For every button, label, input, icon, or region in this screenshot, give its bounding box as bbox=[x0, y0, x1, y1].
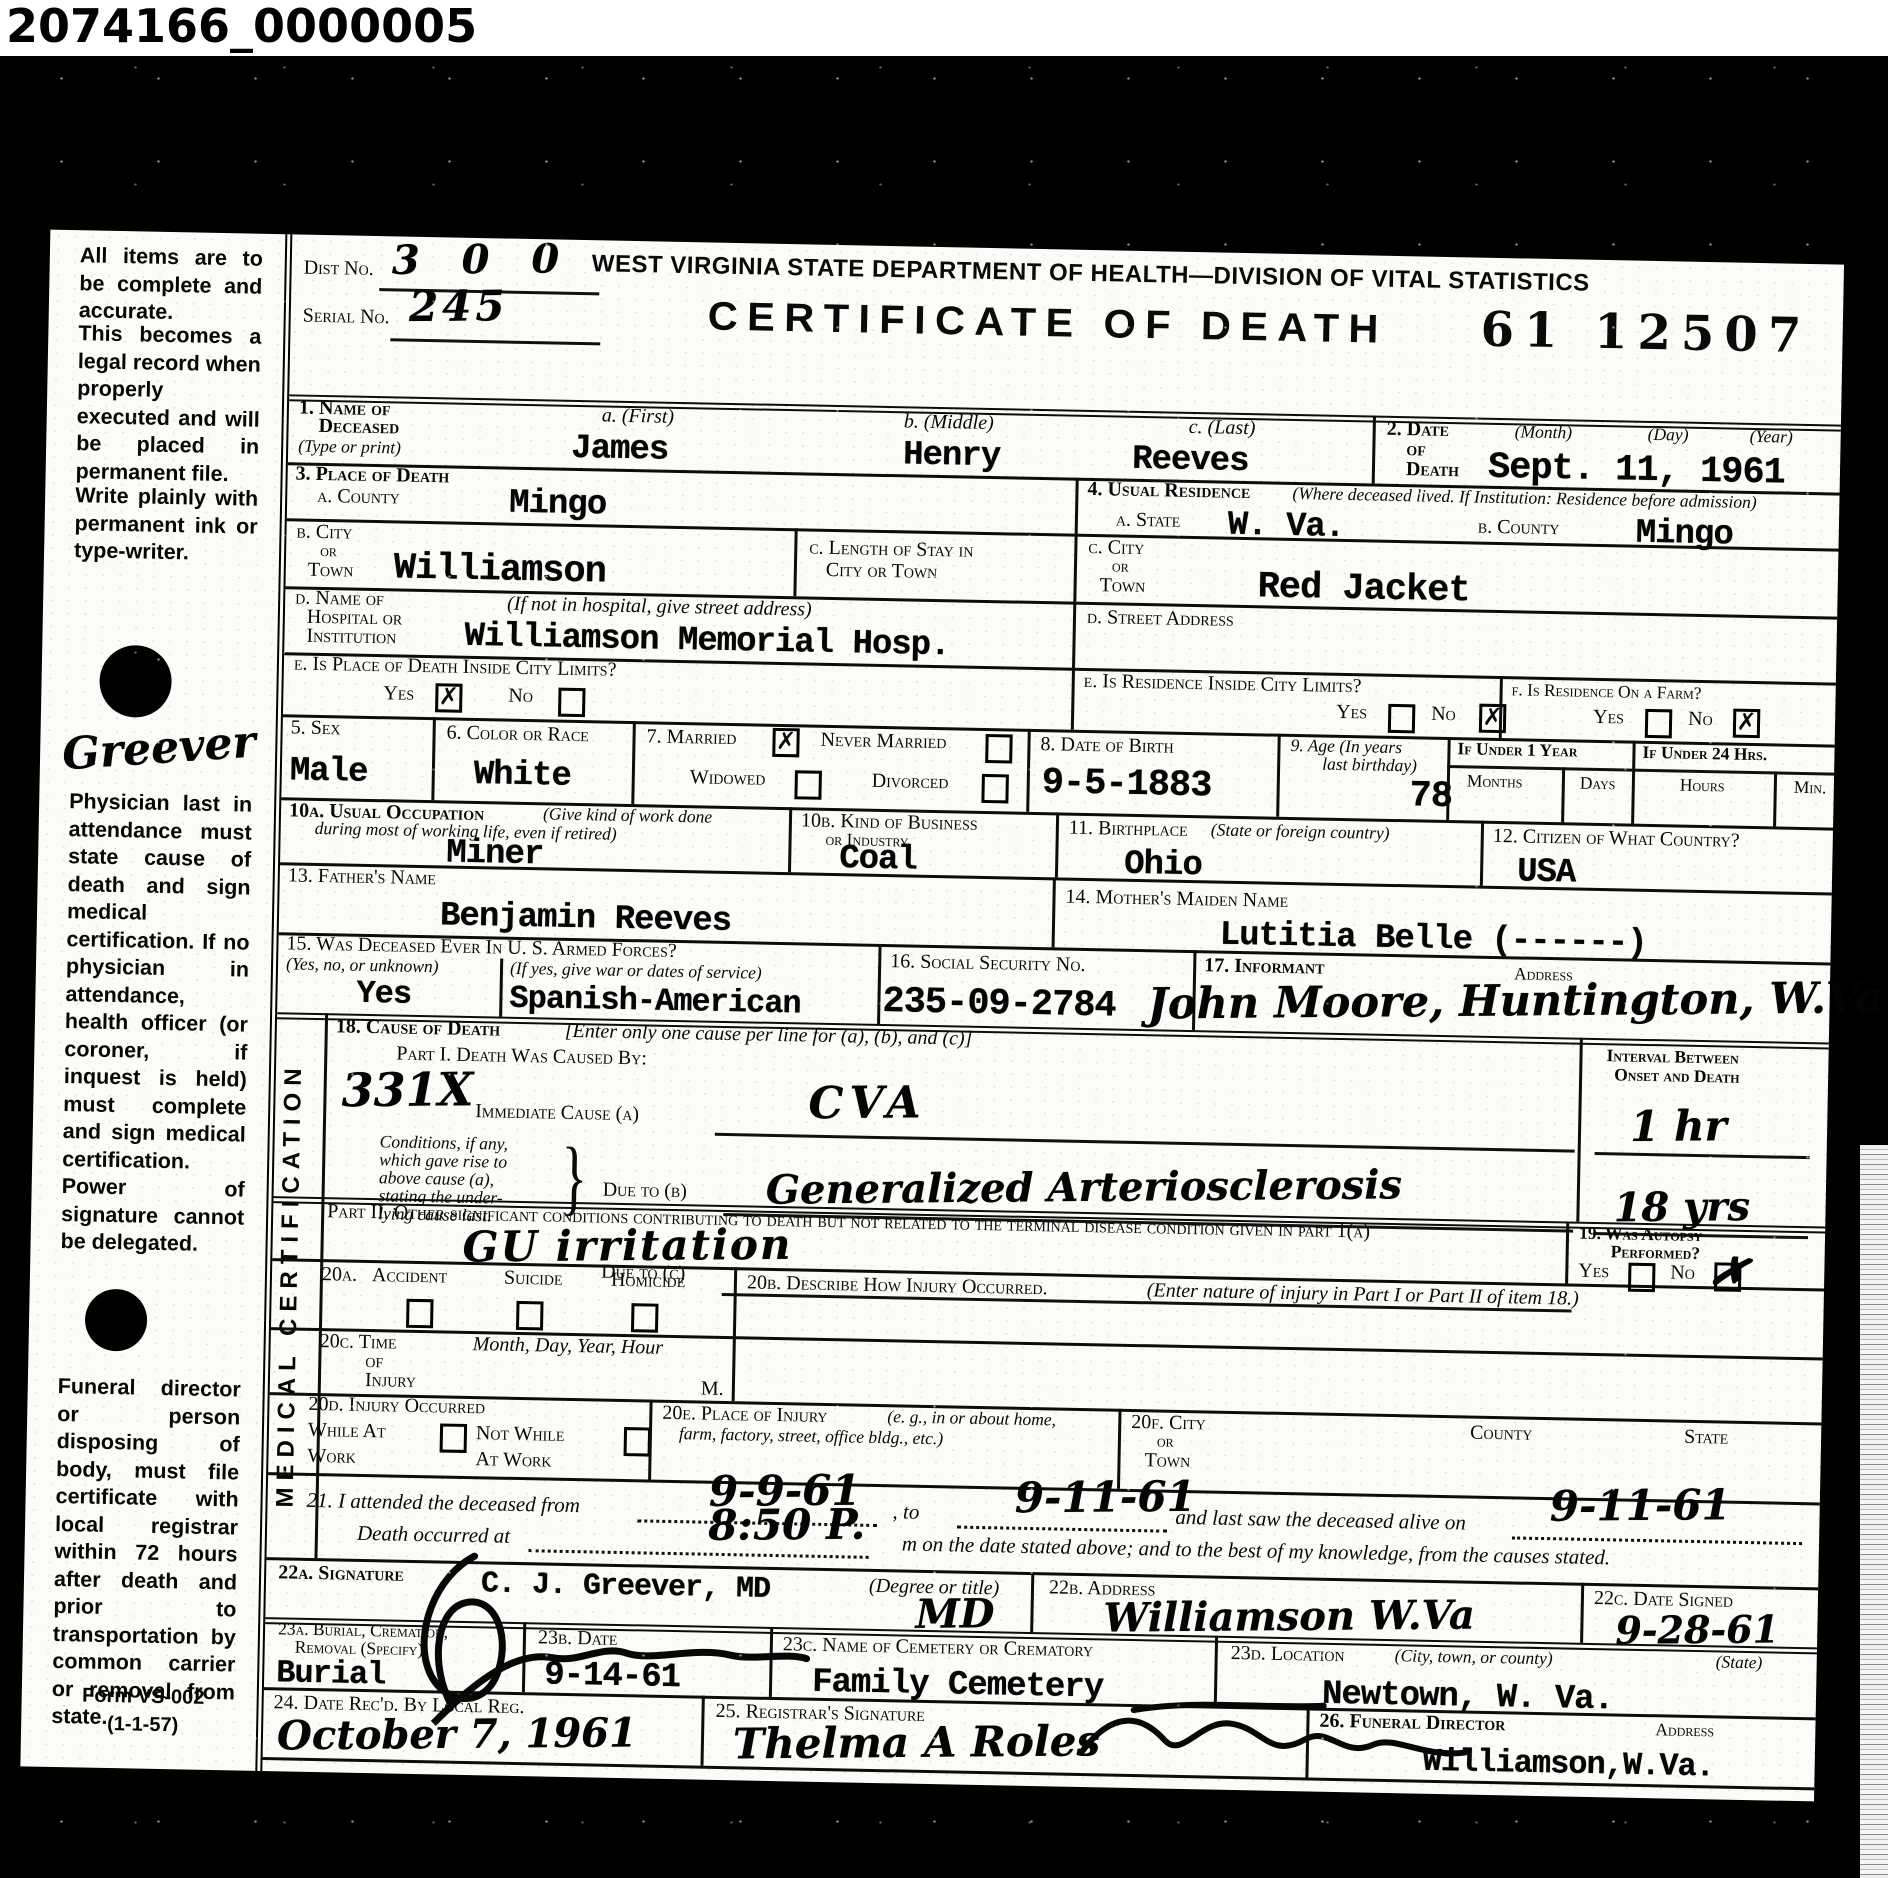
war-value: Spanish-American bbox=[509, 983, 801, 1021]
punch-hole-top bbox=[99, 645, 172, 718]
race-value: White bbox=[473, 758, 571, 794]
death-limits-yes-label: Yes bbox=[383, 682, 414, 705]
informant-value: John Moore, Huntington, W.Va bbox=[1147, 977, 1883, 1026]
residence-city-label-3: Town bbox=[1099, 574, 1145, 597]
punch-hole-bottom bbox=[84, 1289, 147, 1352]
funeral-director-address-label: Address bbox=[1655, 1720, 1714, 1741]
injury-county-label: County bbox=[1470, 1422, 1533, 1446]
checkbox-accident bbox=[406, 1299, 434, 1329]
due-to-b-value: Generalized Arteriosclerosis bbox=[766, 1165, 1402, 1210]
middle-name-value: Henry bbox=[903, 438, 1001, 474]
time-injury-label-3: Injury bbox=[365, 1369, 416, 1392]
degree-value: MD bbox=[915, 1594, 994, 1635]
checkbox-farm-no: ✗ bbox=[1733, 709, 1761, 739]
residence-city-label-2: or bbox=[1112, 556, 1129, 576]
residence-farm-label: f. Is Residence On a Farm? bbox=[1511, 680, 1701, 703]
death-time-value: 8:50 P. bbox=[708, 1504, 865, 1547]
describe-injury-label: 20b. Describe How Injury Occurred. bbox=[747, 1271, 1048, 1299]
citizen-value: USA bbox=[1517, 855, 1576, 890]
checkbox-farm-yes bbox=[1645, 709, 1673, 739]
place-of-injury-note-1: (e. g., in or about home, bbox=[887, 1407, 1056, 1430]
margin-note-1: All items are to be complete and accurat… bbox=[79, 242, 264, 328]
time-injury-m: M. bbox=[701, 1378, 724, 1401]
attended-to-value: 9-11-61 bbox=[1015, 1476, 1196, 1520]
date-of-birth-label: 8. Date of Birth bbox=[1040, 733, 1174, 758]
serial-no-label: Serial No. bbox=[303, 305, 390, 329]
never-married-label: Never Married bbox=[820, 729, 946, 754]
interval-label-2: Onset and Death bbox=[1614, 1065, 1740, 1087]
cemetery-label: 23c. Name of Cemetery or Crematory bbox=[783, 1633, 1094, 1661]
death-certificate-paper: All items are to be complete and accurat… bbox=[20, 230, 1844, 1802]
street-address-label: d. Street Address bbox=[1087, 606, 1234, 631]
checkbox-never-married bbox=[985, 734, 1013, 764]
under-1-year-title: If Under 1 Year bbox=[1457, 739, 1577, 761]
checkbox-while-at-work bbox=[440, 1423, 468, 1453]
checkbox-death-limits-no bbox=[558, 688, 586, 718]
race-label: 6. Color or Race bbox=[446, 721, 589, 746]
immediate-cause-label: Immediate Cause (a) bbox=[475, 1100, 639, 1126]
document-id-label: 2074166_0000005 bbox=[6, 0, 477, 52]
autopsy-yes-label: Yes bbox=[1578, 1260, 1609, 1283]
residence-city-value: Red Jacket bbox=[1257, 569, 1470, 610]
death-occurred-text-2: m on the date stated above; and to the b… bbox=[902, 1533, 1611, 1570]
homicide-label: Homicide bbox=[611, 1269, 686, 1293]
margin-physician-signature: Greever bbox=[61, 720, 257, 777]
armed-forces-note-1: (Yes, no, or unknown) bbox=[286, 954, 439, 977]
checkbox-not-while-at-work bbox=[624, 1427, 652, 1457]
residence-city-limits-label: e. Is Residence Inside City Limits? bbox=[1084, 670, 1362, 698]
checkbox-married: ✗ bbox=[772, 728, 800, 758]
injury-occurred-label: 20d. Injury Occurred bbox=[308, 1393, 485, 1419]
certificate-title: CERTIFICATE OF DEATH bbox=[707, 294, 1388, 352]
divorced-label: Divorced bbox=[872, 770, 949, 794]
at-work-label: At Work bbox=[475, 1448, 552, 1472]
checkbox-homicide bbox=[631, 1303, 659, 1333]
first-name-label: a. (First) bbox=[602, 404, 675, 428]
attended-text-3: and last saw the deceased alive on bbox=[1175, 1506, 1466, 1535]
accident-label: Accident bbox=[372, 1264, 448, 1288]
margin-note-5: Funeral director or person disposing of … bbox=[51, 1373, 241, 1734]
signature-label: 22a. Signature bbox=[278, 1561, 404, 1586]
ssn-label: 16. Social Security No. bbox=[890, 950, 1086, 976]
dist-no-label: Dist No. bbox=[303, 257, 373, 281]
usual-residence-title: 4. Usual Residence bbox=[1087, 478, 1250, 504]
birthplace-note: (State or foreign country) bbox=[1211, 820, 1390, 843]
married-label: 7. Married bbox=[646, 725, 736, 749]
citizen-label: 12. Citizen of What Country? bbox=[1493, 825, 1740, 852]
farm-yes-label: Yes bbox=[1593, 706, 1624, 729]
sex-value: Male bbox=[290, 754, 368, 790]
describe-injury-note: (Enter nature of injury in Part I or Par… bbox=[1147, 1279, 1579, 1310]
while-at-label: While At bbox=[308, 1419, 386, 1443]
injury-city-label-2: or bbox=[1157, 1431, 1174, 1451]
location-note: (City, town, or county) bbox=[1395, 1646, 1553, 1669]
attended-text-2: , to bbox=[892, 1500, 919, 1524]
due-to-b-label: Due to (b) bbox=[603, 1179, 688, 1203]
field1-label-3: (Type or print) bbox=[298, 437, 401, 459]
checkbox-residence-limits-yes bbox=[1388, 704, 1416, 734]
last-alive-value: 9-11-61 bbox=[1550, 1484, 1731, 1528]
form-number: Form VS-002 bbox=[51, 1682, 235, 1713]
first-name-value: James bbox=[571, 432, 669, 468]
form-revision: (1-1-57) bbox=[51, 1710, 235, 1741]
margin-note-4: Physician last in attendance must state … bbox=[60, 788, 252, 1259]
city-label-3: Town bbox=[308, 559, 354, 582]
last-name-value: Reeves bbox=[1132, 443, 1249, 479]
farm-no-label: No bbox=[1688, 708, 1713, 731]
not-while-label: Not While bbox=[476, 1422, 565, 1446]
field20a-number: 20a. bbox=[322, 1263, 358, 1286]
cause-of-death-label: 18. Cause of Death bbox=[336, 1015, 501, 1041]
middle-name-label: b. (Middle) bbox=[904, 410, 994, 434]
length-of-stay-label-2: City or Town bbox=[826, 559, 938, 584]
mother-name-label: 14. Mother's Maiden Name bbox=[1065, 886, 1288, 913]
county-label: a. County bbox=[317, 485, 400, 509]
business-value: Coal bbox=[839, 842, 917, 878]
checkbox-divorced bbox=[981, 774, 1009, 804]
physician-signature-scrawl bbox=[393, 1537, 817, 1735]
checkbox-death-limits-yes: ✗ bbox=[435, 683, 463, 713]
time-injury-label-1: 20c. Time bbox=[319, 1330, 396, 1354]
hospital-note: (If not in hospital, give street address… bbox=[507, 593, 812, 621]
autopsy-label-2: Performed? bbox=[1611, 1242, 1701, 1263]
margin-note-2: This becomes a legal record when properl… bbox=[75, 320, 261, 489]
dist-no-value: 3 0 0 bbox=[392, 239, 574, 281]
injury-city-label-3: Town bbox=[1144, 1449, 1190, 1472]
residence-limits-no-label: No bbox=[1431, 703, 1456, 726]
widowed-label: Widowed bbox=[690, 766, 766, 790]
attended-text-1: 21. I attended the deceased from bbox=[306, 1489, 580, 1518]
serial-no-value: 245 bbox=[409, 285, 509, 328]
location-state-note: (State) bbox=[1716, 1652, 1763, 1673]
under-24-hrs-title: If Under 24 Hrs. bbox=[1642, 743, 1767, 765]
autopsy-no-label: No bbox=[1670, 1261, 1695, 1284]
work-label: Work bbox=[307, 1445, 356, 1468]
scan-top-strip: 2074166_0000005 bbox=[0, 0, 1888, 56]
months-label: Months bbox=[1467, 771, 1523, 792]
margin-note-3: Write plainly with permanent ink or type… bbox=[74, 482, 259, 568]
location-label: 23d. Location bbox=[1231, 1642, 1345, 1667]
armed-forces-value: Yes bbox=[356, 978, 411, 1011]
field2-label-3: Death bbox=[1406, 458, 1460, 481]
city-label-2: or bbox=[320, 541, 337, 561]
injury-state-label: State bbox=[1684, 1426, 1729, 1449]
sex-label: 5. Sex bbox=[290, 716, 340, 739]
birthplace-label: 11. Birthplace bbox=[1069, 817, 1188, 842]
funeral-director-signature-scrawl bbox=[1072, 1695, 1473, 1783]
county-value: Mingo bbox=[509, 487, 607, 523]
immediate-cause-value: CVA bbox=[808, 1081, 926, 1126]
days-label: Days bbox=[1580, 774, 1616, 794]
death-limits-no-label: No bbox=[508, 685, 533, 708]
month-label: (Month) bbox=[1515, 422, 1573, 443]
suicide-label: Suicide bbox=[504, 1267, 563, 1291]
time-injury-note: Month, Day, Year, Hour bbox=[472, 1333, 663, 1359]
age-label-2: last birthday) bbox=[1322, 755, 1417, 776]
informant-label: 17. Informant bbox=[1204, 954, 1325, 979]
last-name-label: c. (Last) bbox=[1189, 416, 1256, 440]
cause-code-value: 331X bbox=[341, 1066, 473, 1113]
checkbox-suicide bbox=[516, 1301, 544, 1331]
min-label: Min. bbox=[1794, 778, 1827, 798]
scan-edge-artifact bbox=[1860, 1145, 1888, 1878]
birthplace-value: Ohio bbox=[1124, 848, 1202, 884]
residence-limits-yes-label: Yes bbox=[1336, 701, 1367, 724]
physician-address-value: Williamson W.Va bbox=[1103, 1596, 1475, 1639]
date-of-birth-value: 9-5-1883 bbox=[1041, 765, 1211, 805]
department-title: WEST VIRGINIA STATE DEPARTMENT OF HEALTH… bbox=[592, 250, 1590, 298]
margin-instructions-column: All items are to be complete and accurat… bbox=[20, 230, 285, 1771]
ssn-value: 235-09-2784 bbox=[882, 984, 1116, 1026]
father-name-value: Benjamin Reeves bbox=[440, 899, 732, 939]
part2-value: GU irritation bbox=[462, 1224, 792, 1269]
burial-value: Burial bbox=[276, 1657, 386, 1691]
hospital-label-3: Institution bbox=[306, 625, 396, 649]
state-label: a. State bbox=[1116, 508, 1181, 532]
year-label: (Year) bbox=[1749, 427, 1792, 447]
file-number-stamp: 61 12507 bbox=[1480, 302, 1812, 364]
interval-a-value: 1 hr bbox=[1630, 1105, 1727, 1148]
hours-label: Hours bbox=[1680, 776, 1725, 796]
city-value: Williamson bbox=[393, 550, 606, 591]
place-of-injury-note-2: farm, factory, street, office bldg., etc… bbox=[679, 1424, 944, 1449]
cause-of-death-note: [Enter only one cause per line for (a), … bbox=[565, 1020, 973, 1050]
day-label: (Day) bbox=[1648, 425, 1689, 445]
residence-county-label: b. County bbox=[1478, 516, 1560, 540]
checkbox-widowed bbox=[794, 770, 822, 800]
certificate-form: Dist No. 3 0 0 WEST VIRGINIA STATE DEPAR… bbox=[255, 234, 1844, 1801]
father-name-label: 13. Father's Name bbox=[288, 864, 437, 889]
